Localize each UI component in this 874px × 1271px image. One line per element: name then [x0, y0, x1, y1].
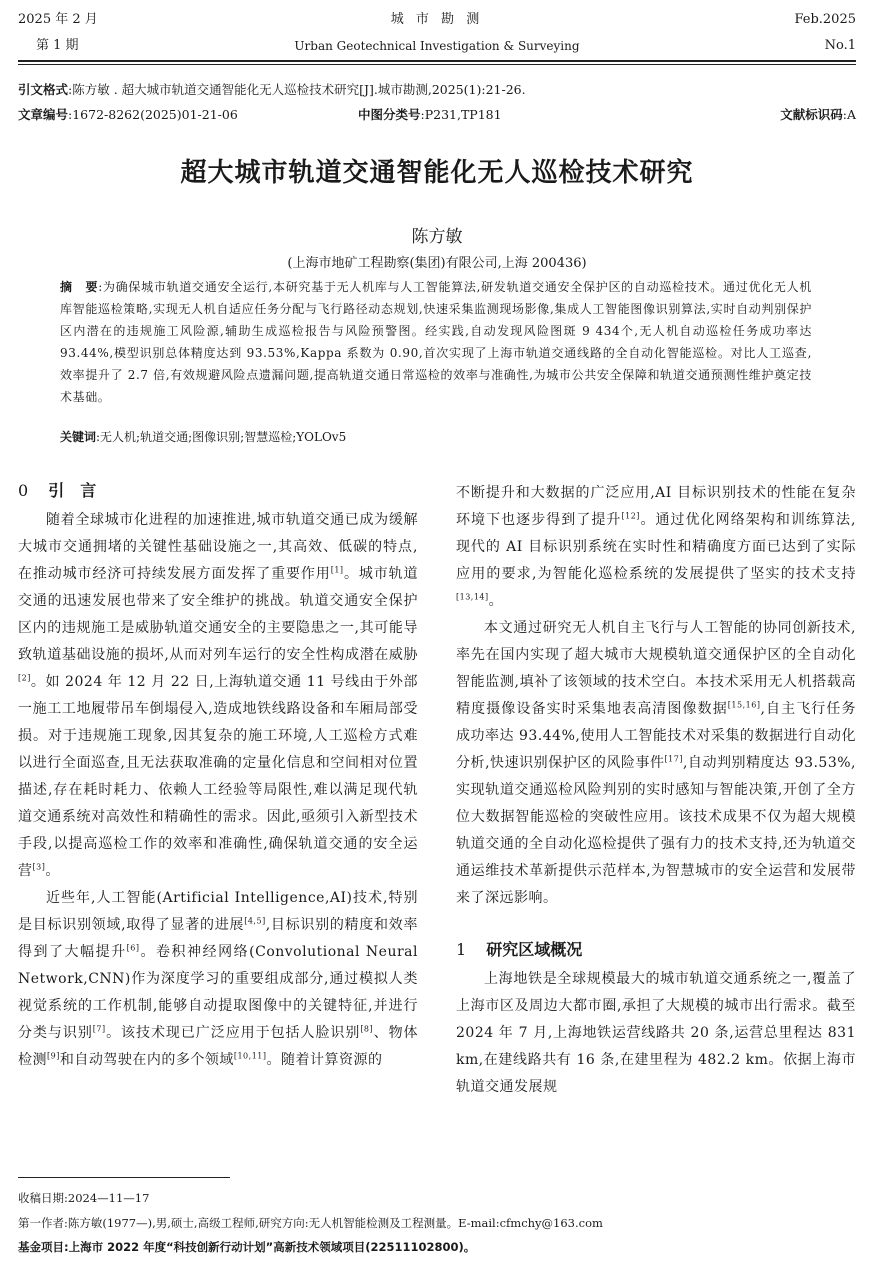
- footnote-received: 收稿日期:2024—11—17: [18, 1191, 149, 1205]
- intro-paragraph-2: 近些年,人工智能(Artificial Intelligence,AI)技术,特…: [18, 885, 418, 1074]
- citation-reference: [8]: [360, 1024, 373, 1033]
- left-column: 0引 言 随着全球城市化进程的加速推进,城市轨道交通已成为缓解大城市交通拥堵的关…: [18, 480, 418, 1074]
- abstract-text: :为确保城市轨道交通安全运行,本研究基于无人机库与人工智能算法,研发轨道交通安全…: [60, 280, 812, 404]
- section-number: 1: [456, 940, 466, 959]
- section-title: 研究区域概况: [486, 940, 582, 959]
- section-number: 0: [18, 481, 28, 500]
- section-title: 引 言: [48, 481, 96, 500]
- citation-reference: [7]: [93, 1024, 106, 1033]
- right-column: 不断提升和大数据的广泛应用,AI 目标识别技术的性能在复杂环境下也逐步得到了提升…: [456, 480, 856, 1101]
- header-issue-en: No.1: [825, 38, 856, 54]
- intro-paragraph-1: 随着全球城市化进程的加速推进,城市轨道交通已成为缓解大城市交通拥堵的关键性基础设…: [18, 507, 418, 885]
- abstract-label: 摘 要: [60, 280, 98, 294]
- citation-label: 引文格式: [18, 82, 68, 97]
- intro-paragraph-2-continued: 不断提升和大数据的广泛应用,AI 目标识别技术的性能在复杂环境下也逐步得到了提升…: [456, 480, 856, 615]
- received-date: :2024—11—17: [64, 1191, 149, 1205]
- citation-reference: [12]: [621, 511, 639, 520]
- footnote-fund: 基金项目:上海市 2022 年度“科技创新行动计划”高新技术领域项目(22511…: [18, 1240, 475, 1254]
- footnote-rule: [18, 1177, 230, 1178]
- header-rule-top: [18, 60, 856, 62]
- citation-reference: [9]: [47, 1051, 60, 1060]
- header-date-en: Feb.2025: [794, 12, 856, 28]
- intro-paragraph-3: 本文通过研究无人机自主飞行与人工智能的协同创新技术,率先在国内实现了超大城市大规…: [456, 615, 856, 912]
- clc-value: :P231,TP181: [421, 107, 502, 122]
- citation-reference: [13,14]: [456, 592, 489, 601]
- study-area-paragraph: 上海地铁是全球规模最大的城市轨道交通系统之一,覆盖了上海市区及周边大都市圈,承担…: [456, 966, 856, 1101]
- section-spacer: [456, 912, 856, 939]
- section-heading-study-area: 1研究区域概况: [456, 939, 856, 966]
- citation-reference: [4,5]: [244, 916, 265, 925]
- document-code-value: :A: [843, 107, 856, 122]
- header-rule-bottom: [18, 64, 856, 65]
- author-affiliation: (上海市地矿工程勘察(集团)有限公司,上海 200436): [0, 252, 874, 271]
- author-info: :陈方敏(1977—),男,硕士,高级工程师,研究方向:无人机智能检测及工程测量…: [64, 1216, 603, 1230]
- paper-title: 超大城市轨道交通智能化无人巡检技术研究: [0, 152, 874, 189]
- section-heading-intro: 0引 言: [18, 480, 418, 507]
- keywords: 关键词:无人机;轨道交通;图像识别;智慧巡检;YOLOv5: [60, 428, 346, 446]
- article-number-value: :1672-8262(2025)01-21-06: [68, 107, 238, 122]
- clc-label: 中图分类号: [358, 107, 421, 122]
- fund-info: :上海市 2022 年度“科技创新行动计划”高新技术领域项目(225111028…: [64, 1240, 475, 1254]
- article-number: 文章编号:1672-8262(2025)01-21-06: [18, 107, 238, 123]
- citation-reference: [6]: [127, 943, 140, 952]
- citation-reference: [3]: [33, 862, 46, 871]
- author-info-label: 第一作者: [18, 1216, 64, 1230]
- citation-reference: [10,11]: [234, 1051, 267, 1060]
- received-label: 收稿日期: [18, 1191, 64, 1205]
- citation-reference: [2]: [18, 673, 31, 682]
- abstract: 摘 要:为确保城市轨道交通安全运行,本研究基于无人机库与人工智能算法,研发轨道交…: [60, 276, 812, 408]
- citation-reference: [15,16]: [728, 700, 761, 709]
- author-name: 陈方敏: [0, 222, 874, 247]
- document-code: 文献标识码:A: [780, 107, 856, 123]
- citation-reference: [1]: [331, 565, 344, 574]
- citation-text: :陈方敏 . 超大城市轨道交通智能化无人巡检技术研究[J].城市勘测,2025(…: [68, 82, 526, 97]
- document-code-label: 文献标识码: [780, 107, 843, 122]
- journal-name-en: Urban Geotechnical Investigation & Surve…: [0, 38, 874, 54]
- citation-line: 引文格式:陈方敏 . 超大城市轨道交通智能化无人巡检技术研究[J].城市勘测,2…: [18, 82, 526, 98]
- fund-label: 基金项目: [18, 1240, 64, 1254]
- clc-number: 中图分类号:P231,TP181: [358, 107, 502, 123]
- journal-name-cn: 城 市 勘 测: [0, 12, 874, 28]
- article-number-label: 文章编号: [18, 107, 68, 122]
- keywords-label: 关键词: [60, 430, 96, 444]
- keywords-text: :无人机;轨道交通;图像识别;智慧巡检;YOLOv5: [96, 430, 346, 444]
- citation-reference: [17]: [665, 754, 683, 763]
- footnote-author: 第一作者:陈方敏(1977—),男,硕士,高级工程师,研究方向:无人机智能检测及…: [18, 1216, 603, 1230]
